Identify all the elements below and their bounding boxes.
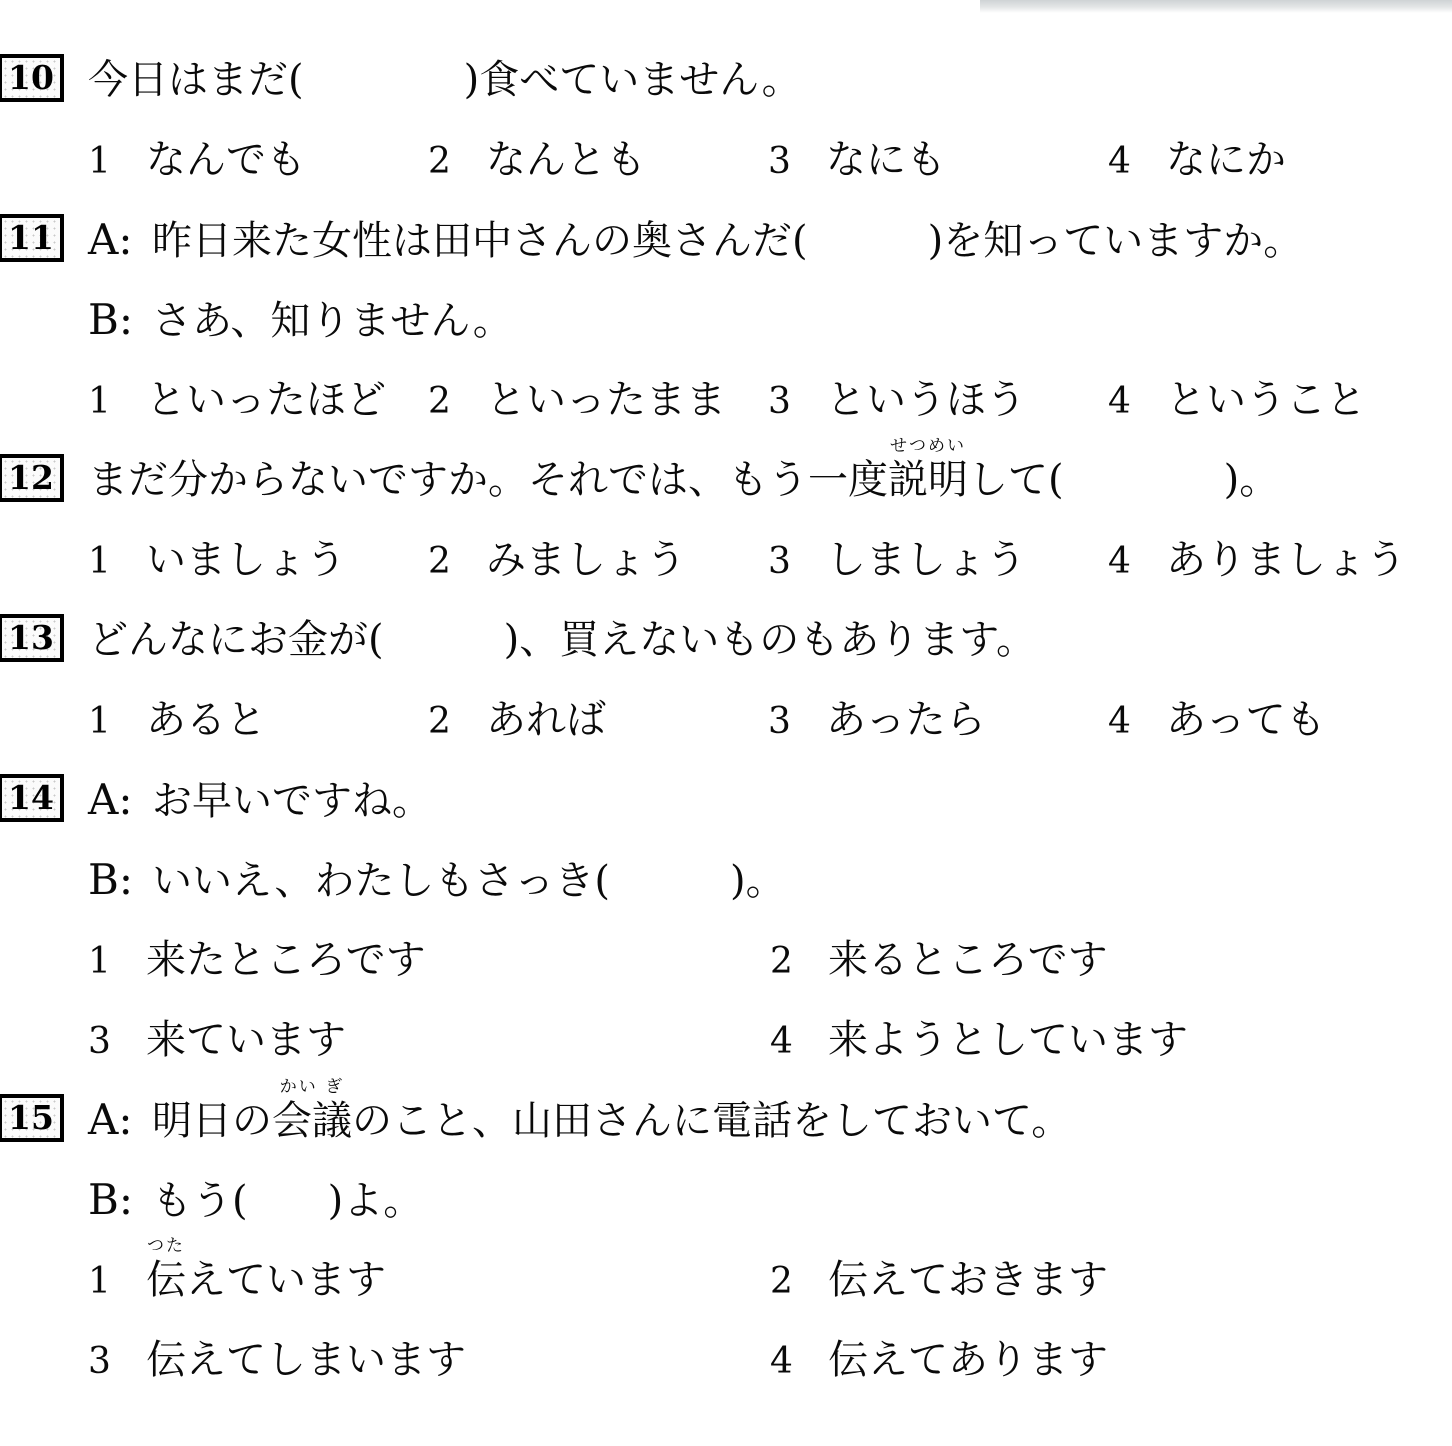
- question-line: どんなにお金が( )、買えないものもあります。: [0, 610, 1452, 670]
- option-1: 1いましょう: [88, 530, 428, 592]
- option-number: 4: [1108, 692, 1166, 752]
- option-number: 3: [768, 132, 826, 192]
- text-run: あると: [146, 697, 266, 743]
- option-number: 1: [88, 932, 146, 992]
- text-run: のこと、山田さんに電話をしておいて。: [352, 1098, 1071, 1144]
- option-number: 3: [768, 532, 826, 592]
- option-1: 1あると: [88, 690, 428, 752]
- option-1: 1伝つたえています: [88, 1250, 770, 1310]
- options: 1あると2あれば3あったら4あっても: [0, 690, 1452, 750]
- question-list: 10今日はまだ( )食べていません。1なんでも2なんとも3なにも4なにか11A:…: [0, 50, 1452, 1390]
- furigana: せつめい: [890, 438, 966, 455]
- question-10: 10今日はまだ( )食べていません。1なんでも2なんとも3なにも4なにか: [0, 50, 1452, 190]
- option-text: というほう: [826, 377, 1026, 423]
- speaker-label: A:: [88, 1090, 152, 1150]
- option-number: 3: [88, 1332, 146, 1392]
- options: 1いましょう2みましょう3しましょう4ありましょう: [0, 530, 1452, 590]
- ruby-text: 説明せつめい: [888, 450, 968, 510]
- option-text: なにか: [1166, 137, 1286, 183]
- question-14: 14A:お早いですね。B:いいえ、わたしもさっき( )。1来たところです2来ると…: [0, 770, 1452, 1070]
- option-2: 2来るところです: [770, 930, 1452, 990]
- ruby-text: 伝つた: [146, 1250, 186, 1310]
- text-run: ありましょう: [1166, 537, 1406, 583]
- text-run: いいえ、わたしもさっき( )。: [152, 858, 786, 904]
- question-15: 15A:明日の会議かい ぎのこと、山田さんに電話をしておいて。B:もう( )よ。…: [0, 1090, 1452, 1390]
- question-number-badge: 11: [0, 214, 64, 262]
- text-run: というほう: [826, 377, 1026, 423]
- text-run: 明日の: [152, 1098, 272, 1144]
- option-number: 4: [770, 1332, 828, 1392]
- furigana: かい ぎ: [280, 1079, 344, 1096]
- text-run: 来ています: [146, 1017, 346, 1063]
- option-text: あると: [146, 697, 266, 743]
- option-text: なんとも: [486, 137, 646, 183]
- option-number: 1: [88, 132, 146, 192]
- text-run: えています: [186, 1257, 386, 1303]
- option-text: 伝えてしまいます: [146, 1337, 466, 1383]
- text-run: なにも: [826, 137, 946, 183]
- question-number-badge: 13: [0, 614, 64, 662]
- text-run: 今日はまだ( )食べていません。: [88, 57, 802, 103]
- option-4: 4あっても: [1108, 690, 1452, 752]
- option-2: 2伝えておきます: [770, 1250, 1452, 1310]
- option-number: 1: [88, 1252, 146, 1312]
- options: 1なんでも2なんとも3なにも4なにか: [0, 130, 1452, 190]
- option-text: 来ています: [146, 1017, 346, 1063]
- text-run: といったほど: [146, 377, 386, 423]
- text-run: して( )。: [968, 457, 1279, 503]
- option-number: 2: [428, 532, 486, 592]
- option-text: いましょう: [146, 537, 346, 583]
- option-4: 4伝えてあります: [770, 1330, 1452, 1390]
- option-text: なんでも: [146, 137, 306, 183]
- option-1: 1といったほど: [88, 370, 428, 432]
- option-number: 4: [1108, 372, 1166, 432]
- option-text: 来ようとしています: [828, 1017, 1188, 1063]
- options: 1伝つたえています2伝えておきます3伝えてしまいます4伝えてあります: [0, 1250, 1452, 1390]
- text-run: みましょう: [486, 537, 686, 583]
- text-run: どんなにお金が( )、買えないものもあります。: [88, 617, 1036, 663]
- text-run: なんとも: [486, 137, 646, 183]
- option-3: 3なにも: [768, 130, 1108, 192]
- question-line: A:お早いですね。: [0, 770, 1452, 830]
- option-number: 3: [88, 1012, 146, 1072]
- text-run: いましょう: [146, 537, 346, 583]
- text-run: まだ分からないですか。それでは、もう一度: [88, 457, 888, 503]
- option-2: 2あれば: [428, 690, 768, 752]
- option-4: 4ありましょう: [1108, 530, 1452, 592]
- text-run: 昨日来た女性は田中さんの奥さんだ( )を知っていますか。: [152, 218, 1303, 264]
- text-run: あったら: [826, 697, 986, 743]
- question-number-badge: 15: [0, 1094, 64, 1142]
- option-2: 2なんとも: [428, 130, 768, 192]
- furigana: つた: [147, 1238, 185, 1255]
- text-run: といったまま: [486, 377, 726, 423]
- option-number: 4: [1108, 532, 1166, 592]
- speaker-label: A:: [88, 210, 152, 270]
- option-text: 伝えておきます: [828, 1257, 1108, 1303]
- option-number: 1: [88, 532, 146, 592]
- option-number: 1: [88, 692, 146, 752]
- option-number: 2: [428, 372, 486, 432]
- text-run: ということ: [1166, 377, 1366, 423]
- text-run: なんでも: [146, 137, 306, 183]
- option-3: 3来ています: [88, 1010, 770, 1070]
- option-4: 4なにか: [1108, 130, 1452, 192]
- text-run: 来るところです: [828, 937, 1108, 983]
- options: 1といったほど2といったまま3というほう4ということ: [0, 370, 1452, 430]
- question-line: B:もう( )よ。: [0, 1170, 1452, 1230]
- option-text: あれば: [486, 697, 606, 743]
- ruby-text: 会議かい ぎ: [272, 1091, 352, 1151]
- question-number-badge: 14: [0, 774, 64, 822]
- speaker-label: B:: [88, 1170, 152, 1230]
- option-text: あったら: [826, 697, 986, 743]
- option-number: 3: [768, 372, 826, 432]
- speaker-label: B:: [88, 850, 152, 910]
- question-line: 今日はまだ( )食べていません。: [0, 50, 1452, 110]
- option-text: なにも: [826, 137, 946, 183]
- option-2: 2みましょう: [428, 530, 768, 592]
- question-line: B:さあ、知りません。: [0, 290, 1452, 350]
- option-text: といったまま: [486, 377, 726, 423]
- test-sheet: 10今日はまだ( )食べていません。1なんでも2なんとも3なにも4なにか11A:…: [0, 0, 1452, 1390]
- option-text: あっても: [1166, 697, 1326, 743]
- option-number: 2: [428, 132, 486, 192]
- option-text: 伝つたえています: [146, 1257, 386, 1303]
- option-3: 3あったら: [768, 690, 1108, 752]
- text-run: あっても: [1166, 697, 1326, 743]
- question-line: A:昨日来た女性は田中さんの奥さんだ( )を知っていますか。: [0, 210, 1452, 270]
- question-line: まだ分からないですか。それでは、もう一度説明せつめいして( )。: [0, 450, 1452, 510]
- text-run: あれば: [486, 697, 606, 743]
- option-1: 1来たところです: [88, 930, 770, 990]
- option-1: 1なんでも: [88, 130, 428, 192]
- option-text: しましょう: [826, 537, 1026, 583]
- options: 1来たところです2来るところです3来ています4来ようとしています: [0, 930, 1452, 1070]
- text-run: 伝えてしまいます: [146, 1337, 466, 1383]
- text-run: 来たところです: [146, 937, 426, 983]
- text-run: 来ようとしています: [828, 1017, 1188, 1063]
- option-text: 来たところです: [146, 937, 426, 983]
- option-text: ありましょう: [1166, 537, 1406, 583]
- option-text: 伝えてあります: [828, 1337, 1108, 1383]
- option-4: 4来ようとしています: [770, 1010, 1452, 1070]
- option-number: 3: [768, 692, 826, 752]
- text-run: お早いですね。: [152, 778, 432, 824]
- text-run: もう( )よ。: [152, 1178, 423, 1224]
- text-run: さあ、知りません。: [152, 298, 513, 344]
- option-text: ということ: [1166, 377, 1366, 423]
- option-2: 2といったまま: [428, 370, 768, 432]
- text-run: しましょう: [826, 537, 1026, 583]
- speaker-label: B:: [88, 290, 152, 350]
- option-3: 3しましょう: [768, 530, 1108, 592]
- option-number: 2: [770, 932, 828, 992]
- option-3: 3伝えてしまいます: [88, 1330, 770, 1390]
- option-text: みましょう: [486, 537, 686, 583]
- option-number: 1: [88, 372, 146, 432]
- option-number: 2: [428, 692, 486, 752]
- question-number-badge: 10: [0, 54, 64, 102]
- question-12: 12まだ分からないですか。それでは、もう一度説明せつめいして( )。1いましょう…: [0, 450, 1452, 590]
- question-13: 13どんなにお金が( )、買えないものもあります。1あると2あれば3あったら4あ…: [0, 610, 1452, 750]
- option-4: 4ということ: [1108, 370, 1452, 432]
- question-line: B:いいえ、わたしもさっき( )。: [0, 850, 1452, 910]
- text-run: なにか: [1166, 137, 1286, 183]
- question-line: A:明日の会議かい ぎのこと、山田さんに電話をしておいて。: [0, 1090, 1452, 1150]
- option-number: 4: [1108, 132, 1166, 192]
- option-number: 2: [770, 1252, 828, 1312]
- speaker-label: A:: [88, 770, 152, 830]
- text-run: 伝えておきます: [828, 1257, 1108, 1303]
- scan-artifact-streak: [980, 0, 1452, 13]
- question-number-badge: 12: [0, 454, 64, 502]
- option-text: 来るところです: [828, 937, 1108, 983]
- text-run: 伝えてあります: [828, 1337, 1108, 1383]
- question-11: 11A:昨日来た女性は田中さんの奥さんだ( )を知っていますか。B:さあ、知りま…: [0, 210, 1452, 430]
- option-3: 3というほう: [768, 370, 1108, 432]
- option-number: 4: [770, 1012, 828, 1072]
- option-text: といったほど: [146, 377, 386, 423]
